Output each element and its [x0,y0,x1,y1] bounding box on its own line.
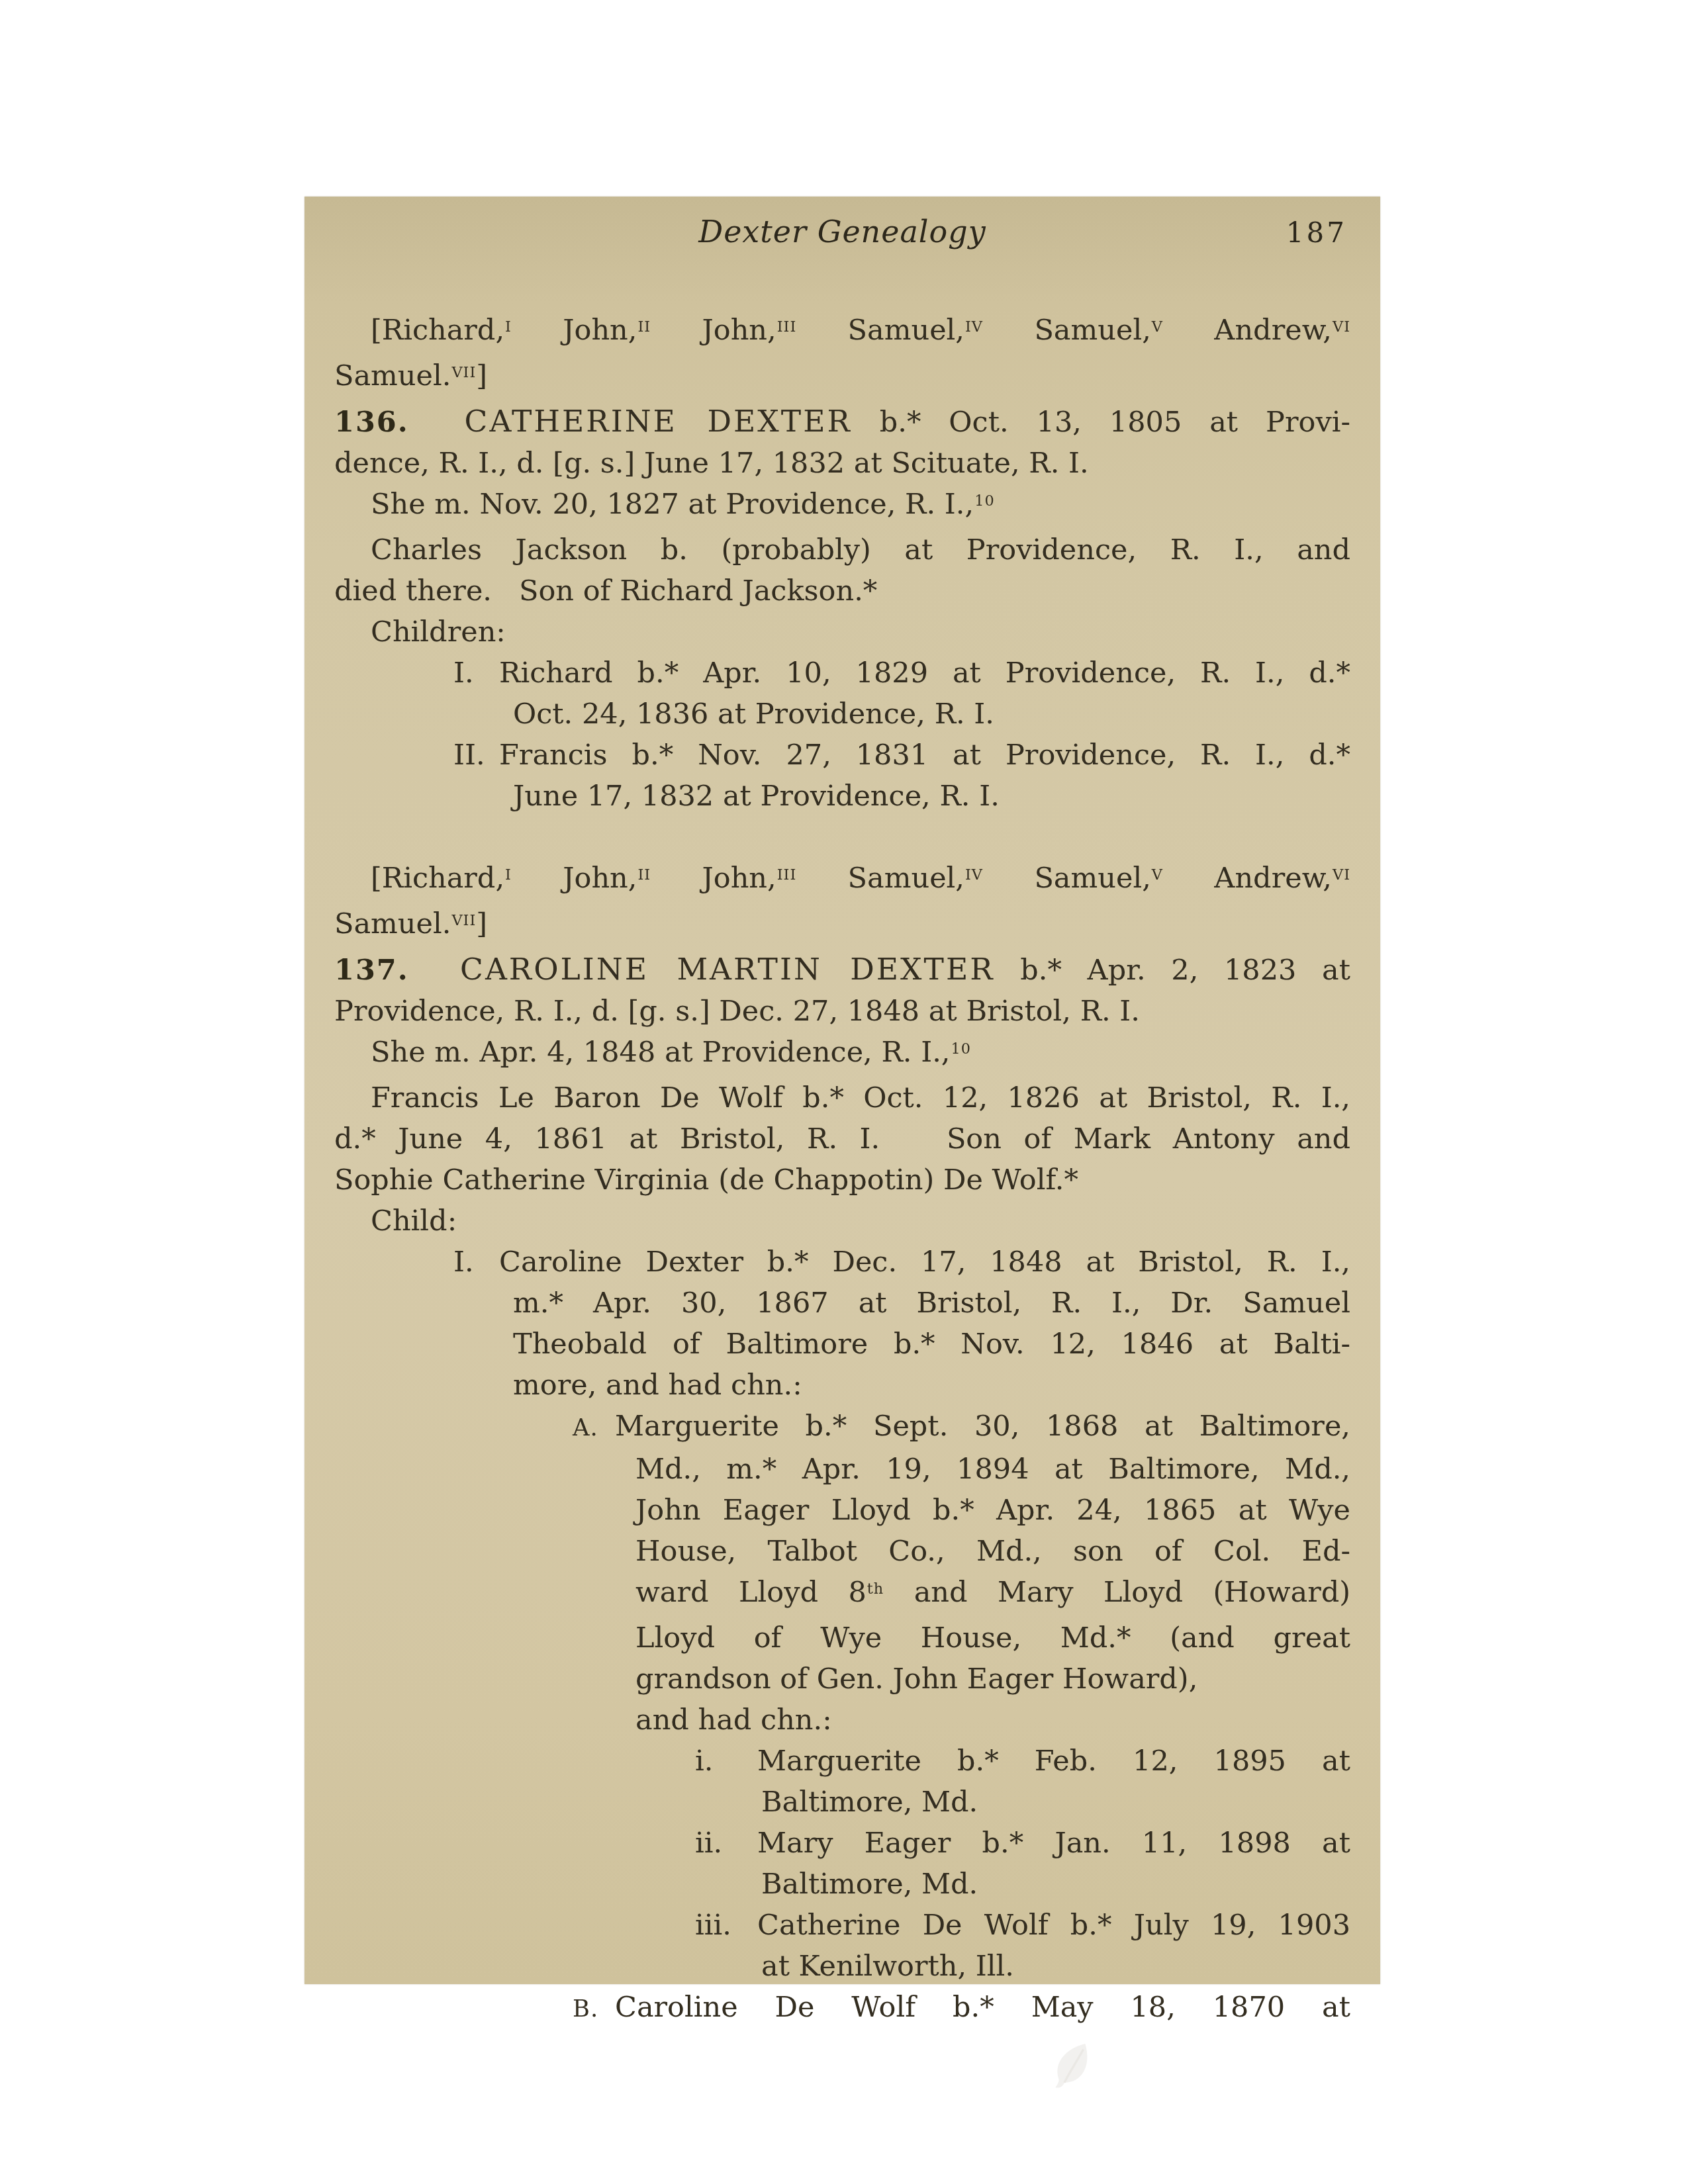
list-numeral: I. [453,653,490,694]
text-line: more, and had chn.: [513,1365,1350,1406]
text-line: m.* Apr. 30, 1867 at Bristol, R. I., Dr.… [513,1283,1350,1324]
text-line: 137. CAROLINE MARTIN DEXTER b.* Apr. 2, … [334,949,1350,991]
list-numeral: B. [573,1989,606,2030]
superscript: III [777,318,797,336]
text-line: Oct. 24, 1836 at Providence, R. I. [513,694,1350,735]
superscript: IV [965,318,983,336]
entry-number: 137. [334,954,409,987]
text-line: Lloyd of Wye House, Md.* (and great [635,1617,1350,1659]
superscript: V [1152,866,1163,884]
text-line: House, Talbot Co., Md., son of Col. Ed- [635,1531,1350,1572]
text-line: and had chn.: [635,1700,1350,1741]
text-line: Md., m.* Apr. 19, 1894 at Baltimore, Md.… [635,1449,1350,1490]
list-numeral: iii. [695,1905,748,1946]
text-line: Charles Jackson b. (probably) at Provide… [371,529,1350,570]
list-numeral: ii. [695,1823,748,1864]
text-line: Francis Le Baron De Wolf b.* Oct. 12, 18… [371,1077,1350,1118]
text-line: John Eager Lloyd b.* Apr. 24, 1865 at Wy… [635,1490,1350,1531]
superscript: th [867,1580,884,1598]
superscript: IV [965,866,983,884]
text-line: Child: [371,1201,1350,1242]
text-line: I.Caroline Dexter b.* Dec. 17, 1848 at B… [453,1242,1350,1283]
text-line: dence, R. I., d. [g. s.] June 17, 1832 a… [334,443,1350,484]
text-line: grandson of Gen. John Eager Howard), [635,1659,1350,1700]
superscript: I [505,866,512,884]
text-line: 136. CATHERINE DEXTER b.* Oct. 13, 1805 … [334,401,1350,443]
text-line: June 17, 1832 at Providence, R. I. [513,776,1350,817]
entry-number: 136. [334,406,409,439]
text-line: Baltimore, Md. [761,1782,1350,1823]
superscript: VI [1333,866,1350,884]
text-line: Theobald of Baltimore b.* Nov. 12, 1846 … [513,1324,1350,1365]
superscript: III [777,866,797,884]
text-line: Providence, R. I., d. [g. s.] Dec. 27, 1… [334,991,1350,1032]
text-line: [Richard,I John,II John,III Samuel,IV Sa… [371,858,1350,903]
list-numeral: i. [695,1741,748,1782]
text-line: ii.Mary Eager b.* Jan. 11, 1898 at [695,1823,1350,1864]
text-line: Samuel.VII] [334,903,1350,949]
text-line: A.Marguerite b.* Sept. 30, 1868 at Balti… [573,1406,1350,1449]
book-page: Dexter Genealogy 187 [Richard,I John,II … [305,197,1380,1984]
list-numeral: I. [453,1242,490,1283]
leaf-watermark-icon [1041,2034,1104,2097]
text-line: Sophie Catherine Virginia (de Chappotin)… [334,1160,1350,1201]
text-line: She m. Apr. 4, 1848 at Providence, R. I.… [371,1032,1350,1077]
page-number: 187 [1286,216,1347,249]
superscript: II [637,866,651,884]
text-line: She m. Nov. 20, 1827 at Providence, R. I… [371,484,1350,529]
list-numeral: A. [573,1408,606,1449]
list-numeral: II. [453,735,490,776]
entry-name: CAROLINE MARTIN DEXTER [460,952,995,987]
text-line: d.* June 4, 1861 at Bristol, R. I. Son o… [334,1118,1350,1160]
text-line: I.Richard b.* Apr. 10, 1829 at Providenc… [453,653,1350,694]
page-title: Dexter Genealogy [334,214,1350,250]
superscript: VII [451,912,476,929]
text-line: Baltimore, Md. [761,1864,1350,1905]
entry-name: CATHERINE DEXTER [465,404,852,439]
text-line: Children: [371,612,1350,653]
body-lines: [Richard,I John,II John,III Samuel,IV Sa… [334,310,1350,2030]
text-line: i.Marguerite b.* Feb. 12, 1895 at [695,1741,1350,1782]
text-line: died there. Son of Richard Jackson.* [334,570,1350,612]
superscript: VII [451,364,476,381]
text-line: at Kenilworth, Ill. [761,1946,1350,1987]
superscript: 10 [974,492,994,510]
superscript: VI [1333,318,1350,336]
text-line: II.Francis b.* Nov. 27, 1831 at Providen… [453,735,1350,776]
text-line: Samuel.VII] [334,355,1350,401]
superscript: 10 [951,1040,971,1058]
superscript: I [505,318,512,336]
superscript: II [637,318,651,336]
text-line: iii.Catherine De Wolf b.* July 19, 1903 [695,1905,1350,1946]
text-line: [Richard,I John,II John,III Samuel,IV Sa… [371,310,1350,355]
page-header: Dexter Genealogy 187 [334,214,1350,252]
text-line: B.Caroline De Wolf b.* May 18, 1870 at [573,1987,1350,2030]
text-line: ward Lloyd 8th and Mary Lloyd (Howard) [635,1572,1350,1617]
superscript: V [1152,318,1163,336]
